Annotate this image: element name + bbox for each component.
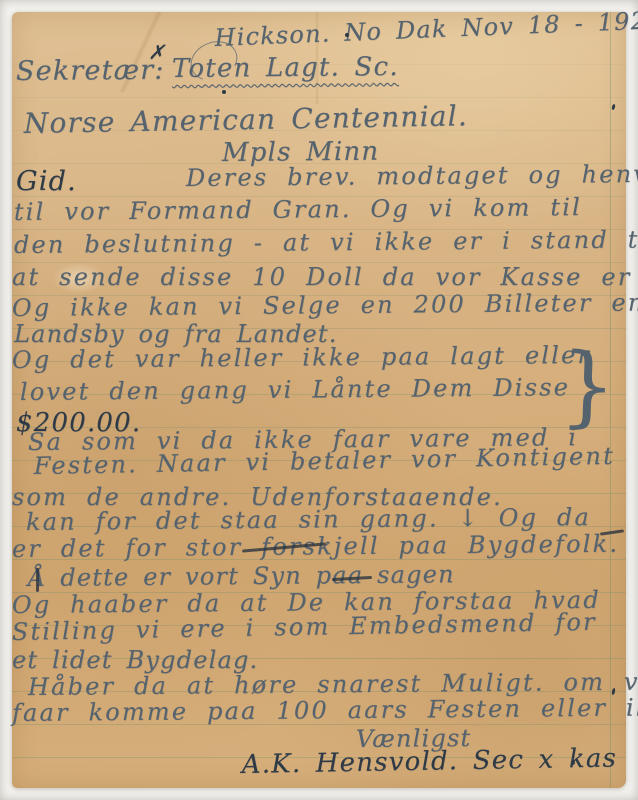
body-line-20: faar komme paa 100 aars Festen eller ikk… (12, 695, 638, 725)
insert-mark: ✗ (148, 42, 166, 62)
body-line-8: lovet den gang vi Lånte Dem Disse (20, 375, 570, 404)
body-line-14: er det for stor forskjell paa Bygdefolk. (12, 532, 619, 561)
body-line-6: Landsby og fra Landet. (14, 322, 338, 346)
strike-mark (36, 568, 39, 592)
body-line-7: Og det var heller ikke paa lagt eller (12, 343, 591, 372)
ink-speck (345, 33, 349, 37)
signature: A.K. Hensvold. Sec x kas (242, 745, 618, 778)
org-line-centennial: Norse American Centennial. (24, 102, 469, 138)
recipient-label: Sekretær: (16, 57, 165, 85)
body-line-15: Å dette er vort Syn paa sagen (28, 562, 455, 590)
body-line-5: Og ikke kan vi Selge en 200 Billeter en … (12, 290, 638, 320)
body-line-18: et lidet Bygdelag. (12, 648, 258, 672)
body-line-1: Deres brev. modtaget og henvist (186, 162, 638, 190)
body-line-4: at sende disse 10 Doll da vor Kasse er t… (12, 265, 638, 289)
ink-speck (571, 760, 575, 765)
salutation: Gid. (16, 168, 77, 195)
ink-speck (222, 90, 226, 94)
org-name: Toten Lagt. Sc. (172, 54, 399, 82)
curly-brace-annotation: } (558, 341, 617, 431)
dateline: Hickson. No Dak Nov 18 - 1924 (214, 8, 638, 50)
body-line-2: til vor Formand Gran. Og vi kom til (14, 195, 582, 224)
letter-paper: Hickson. No Dak Nov 18 - 1924 Sekretær: … (12, 12, 626, 788)
ink-speck (611, 104, 615, 111)
body-line-3: den beslutning - at vi ikke er i stand t… (14, 227, 638, 257)
body-line-13: kan for det staa sin gang. ↓ Og da (26, 505, 591, 534)
